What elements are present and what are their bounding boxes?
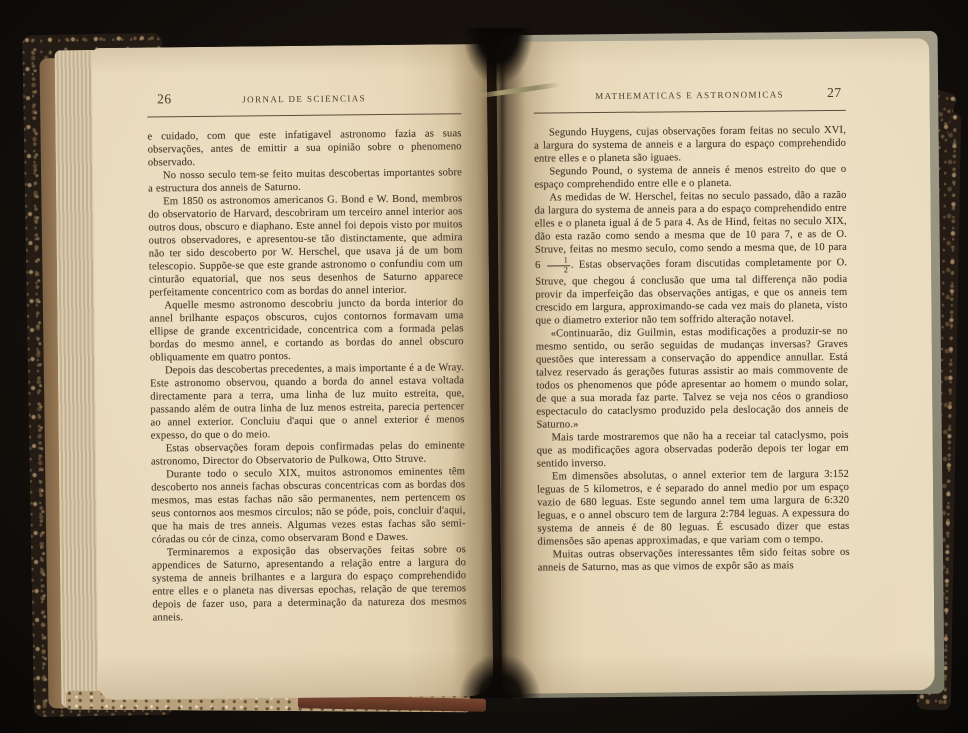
paragraph: Em 1850 os astronomos americanos G. Bond… (148, 192, 463, 299)
paragraph-text: . Estas observações foram discutidas com… (535, 257, 847, 326)
right-page-body: Segundo Huygens, cujas observações foram… (534, 124, 850, 574)
page-number: 27 (827, 85, 842, 101)
fraction-denominator: 2 (547, 266, 570, 275)
book-spread-photo: 26 JORNAL DE SCIENCIAS e cuidado, com qu… (0, 0, 968, 733)
right-page: MATHEMATICAS E ASTRONOMICAS 27 Segundo H… (496, 38, 935, 694)
paragraph: Segundo Pound, o systema de anneis é men… (534, 163, 846, 192)
paragraph: Depois das descobertas precedentes, a ma… (150, 361, 465, 442)
left-page-header: 26 JORNAL DE SCIENCIAS (147, 88, 461, 108)
paragraph: Aquelle mesmo astronomo descobriu juncto… (149, 296, 464, 364)
paragraph: Estas observações foram depois confirmad… (151, 439, 465, 468)
paragraph: Em dimensões absolutas, o annel exterior… (537, 468, 850, 549)
paragraph: Mais tarde mostraremos que não ha a rece… (537, 429, 849, 471)
header-rule (147, 113, 461, 117)
paragraph: e cuidado, com que este infatigavel astr… (147, 127, 461, 169)
left-page: 26 JORNAL DE SCIENCIAS e cuidado, com qu… (92, 44, 494, 700)
paragraph: Terminaremos a exposição das observações… (152, 543, 467, 624)
right-page-header: MATHEMATICAS E ASTRONOMICAS 27 (534, 85, 846, 105)
paragraph: Muitas outras observações interessantes … (538, 546, 850, 575)
paragraph: No nosso seculo tem-se feito muitas desc… (148, 166, 462, 195)
paragraph: Segundo Huygens, cujas observações foram… (534, 124, 846, 166)
paragraph-with-fraction: As medidas de W. Herschel, feitas no sec… (534, 189, 847, 327)
running-head: MATHEMATICAS E ASTRONOMICAS (534, 89, 846, 102)
paragraph: Durante todo o seculo XIX, muitos astron… (151, 465, 466, 546)
left-page-content: 26 JORNAL DE SCIENCIAS e cuidado, com qu… (147, 88, 467, 624)
paragraph: «Continuarão, diz Guilmin, estas modific… (536, 325, 849, 432)
header-rule (534, 110, 846, 114)
one-half-fraction: 12 (547, 256, 570, 275)
left-page-body: e cuidado, com que este infatigavel astr… (147, 127, 466, 624)
right-page-content: MATHEMATICAS E ASTRONOMICAS 27 Segundo H… (534, 85, 850, 574)
running-head: JORNAL DE SCIENCIAS (147, 92, 461, 105)
